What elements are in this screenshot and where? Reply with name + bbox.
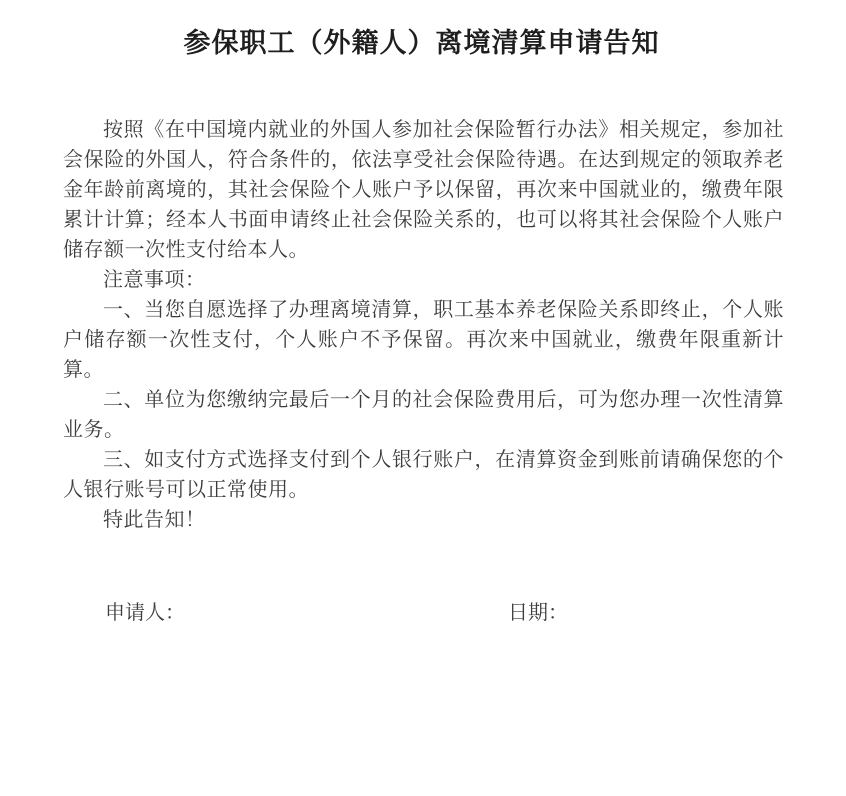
page-title: 参保职工（外籍人）离境清算申请告知 bbox=[63, 24, 784, 62]
applicant-label: 申请人： bbox=[105, 598, 185, 628]
notice-content: 参保职工（外籍人）离境清算申请告知 按照《在中国境内就业的外国人参加社会保险暂行… bbox=[0, 0, 846, 628]
date-label: 日期： bbox=[508, 598, 568, 628]
notice-body: 按照《在中国境内就业的外国人参加社会保险暂行办法》相关规定，参加社会保险的外国人… bbox=[63, 115, 784, 535]
body-paragraph-note-1: 一、当您自愿选择了办理离境清算，职工基本养老保险关系即终止，个人账户储存额一次性… bbox=[63, 295, 784, 385]
body-paragraph-regulation: 按照《在中国境内就业的外国人参加社会保险暂行办法》相关规定，参加社会保险的外国人… bbox=[63, 115, 784, 265]
body-paragraph-note-2: 二、单位为您缴纳完最后一个月的社会保险费用后，可为您办理一次性清算业务。 bbox=[63, 385, 784, 445]
signature-row: 申请人： 日期： bbox=[63, 598, 784, 628]
body-paragraph-note-3: 三、如支付方式选择支付到个人银行账户，在清算资金到账前请确保您的个人银行账号可以… bbox=[63, 445, 784, 505]
body-paragraph-notes-heading: 注意事项： bbox=[63, 265, 784, 295]
notice-page: 参保职工（外籍人）离境清算申请告知 按照《在中国境内就业的外国人参加社会保险暂行… bbox=[0, 0, 846, 796]
body-paragraph-closing: 特此告知！ bbox=[63, 505, 784, 535]
